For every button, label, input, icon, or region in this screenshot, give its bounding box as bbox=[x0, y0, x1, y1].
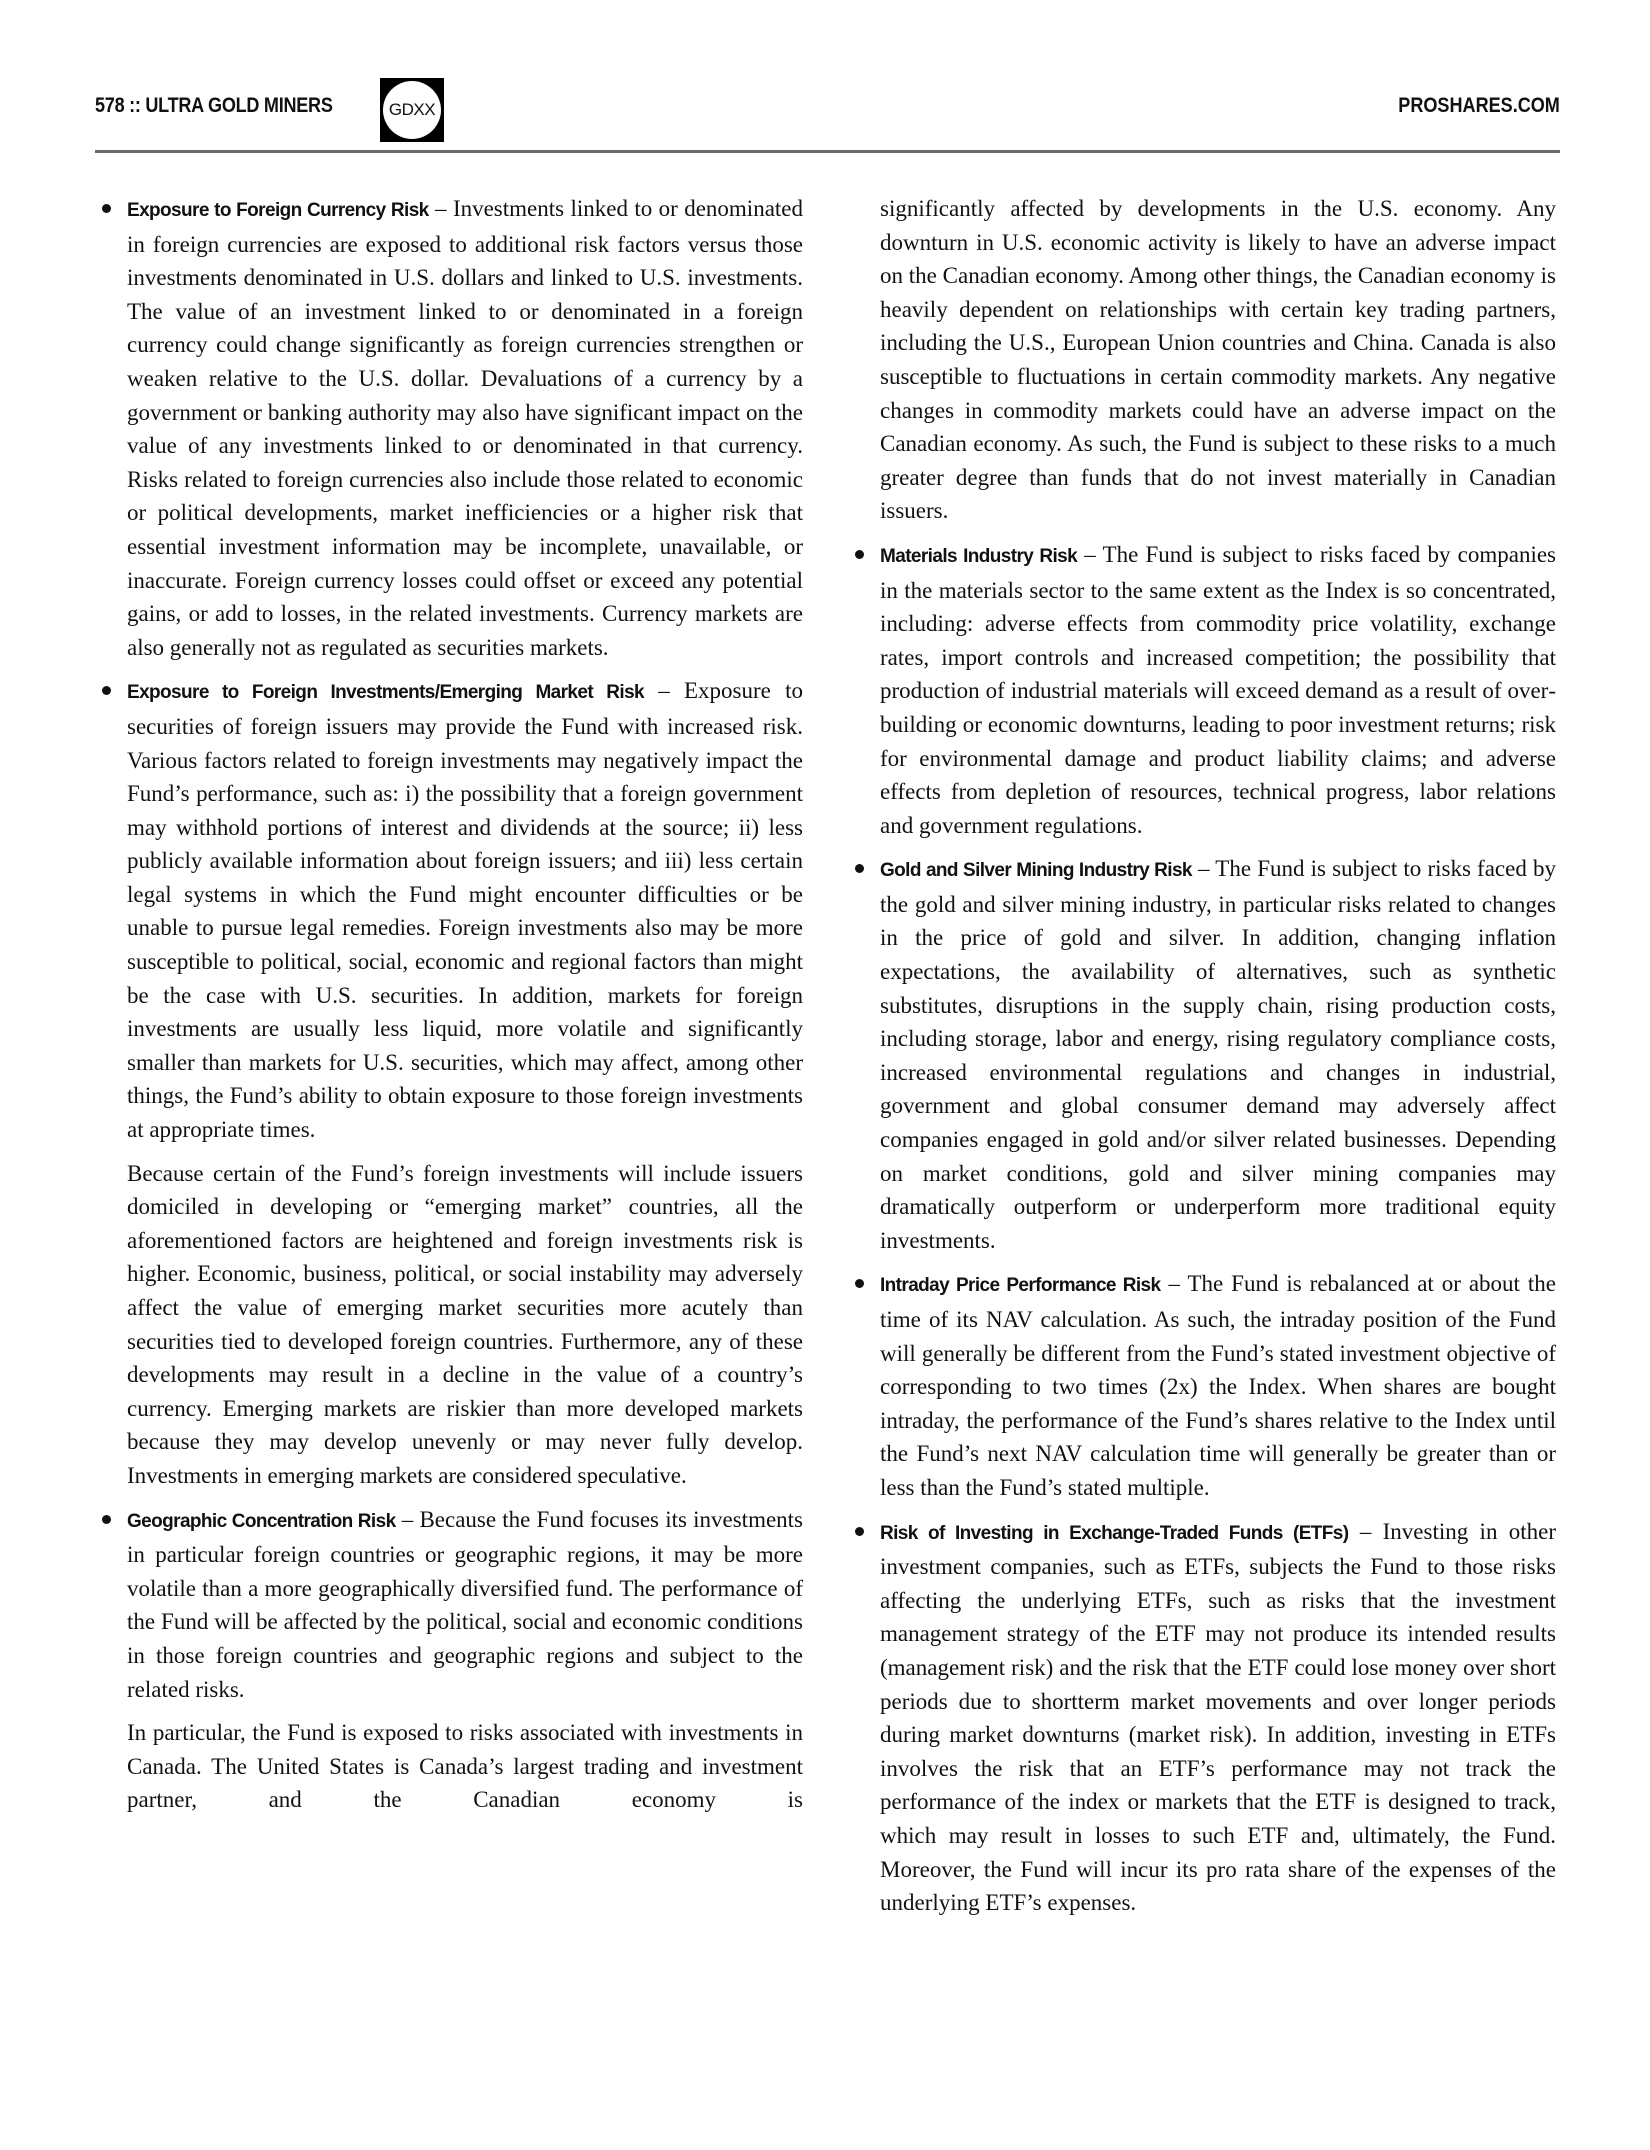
risk-description: Exposure to securities of foreign issuer… bbox=[127, 678, 803, 1142]
risk-description: Because the Fund focuses its investments… bbox=[127, 1507, 803, 1702]
risk-extra-paragraph: Because certain of the Fund’s foreign in… bbox=[127, 1157, 803, 1493]
page-header-title: 578 :: ULTRA GOLD MINERS bbox=[95, 94, 333, 118]
bullet-icon bbox=[102, 1515, 111, 1524]
bullet-icon bbox=[855, 864, 864, 873]
risk-term: Materials Industry Risk bbox=[880, 546, 1077, 567]
bullet-icon bbox=[855, 1279, 864, 1288]
term-dash: – bbox=[396, 1507, 420, 1532]
risk-item-foreign-investments: Exposure to Foreign Investments/Emerging… bbox=[127, 674, 803, 1146]
risk-term: Risk of Investing in Exchange-Traded Fun… bbox=[880, 1523, 1349, 1544]
risk-term: Gold and Silver Mining Industry Risk bbox=[880, 860, 1192, 881]
header-divider bbox=[95, 150, 1560, 153]
term-dash: – bbox=[644, 678, 684, 703]
ticker-badge: GDXX bbox=[380, 78, 444, 142]
risk-extra-paragraph: In particular, the Fund is exposed to ri… bbox=[127, 1716, 803, 1817]
term-dash: – bbox=[1077, 542, 1102, 567]
risk-description: The Fund is subject to risks faced by th… bbox=[880, 856, 1556, 1253]
term-dash: – bbox=[1349, 1519, 1383, 1544]
website-label: PROSHARES.COM bbox=[1398, 94, 1560, 118]
risk-description: The Fund is subject to risks faced by co… bbox=[880, 542, 1556, 838]
risk-item-foreign-currency: Exposure to Foreign Currency Risk – Inve… bbox=[127, 192, 803, 664]
continued-paragraph: significantly affected by developments i… bbox=[880, 192, 1556, 528]
risk-description: Investing in other investment companies,… bbox=[880, 1519, 1556, 1916]
risk-term: Exposure to Foreign Investments/Emerging… bbox=[127, 682, 644, 703]
ticker-circle-icon: GDXX bbox=[383, 81, 441, 139]
left-column: Exposure to Foreign Currency Risk – Inve… bbox=[127, 192, 803, 1827]
bullet-icon bbox=[855, 550, 864, 559]
risk-term: Exposure to Foreign Currency Risk bbox=[127, 200, 429, 221]
risk-item-geographic-concentration: Geographic Concentration Risk – Because … bbox=[127, 1503, 803, 1707]
risk-description: Investments linked to or denominated in … bbox=[127, 196, 803, 660]
right-column: significantly affected by developments i… bbox=[880, 192, 1556, 1930]
risk-term: Geographic Concentration Risk bbox=[127, 1511, 396, 1532]
term-dash: – bbox=[1161, 1271, 1188, 1296]
risk-item-gold-silver-mining: Gold and Silver Mining Industry Risk – T… bbox=[880, 852, 1556, 1257]
ticker-label: GDXX bbox=[389, 100, 435, 120]
risk-item-intraday-price: Intraday Price Performance Risk – The Fu… bbox=[880, 1267, 1556, 1504]
bullet-icon bbox=[855, 1527, 864, 1536]
risk-description: The Fund is rebalanced at or about the t… bbox=[880, 1271, 1556, 1500]
bullet-icon bbox=[102, 686, 111, 695]
risk-item-materials-industry: Materials Industry Risk – The Fund is su… bbox=[880, 538, 1556, 842]
term-dash: – bbox=[429, 196, 453, 221]
risk-item-etfs: Risk of Investing in Exchange-Traded Fun… bbox=[880, 1515, 1556, 1920]
bullet-icon bbox=[102, 204, 111, 213]
page-header: 578 :: ULTRA GOLD MINERS GDXX PROSHARES.… bbox=[95, 78, 1560, 142]
term-dash: – bbox=[1192, 856, 1215, 881]
risk-term: Intraday Price Performance Risk bbox=[880, 1275, 1161, 1296]
